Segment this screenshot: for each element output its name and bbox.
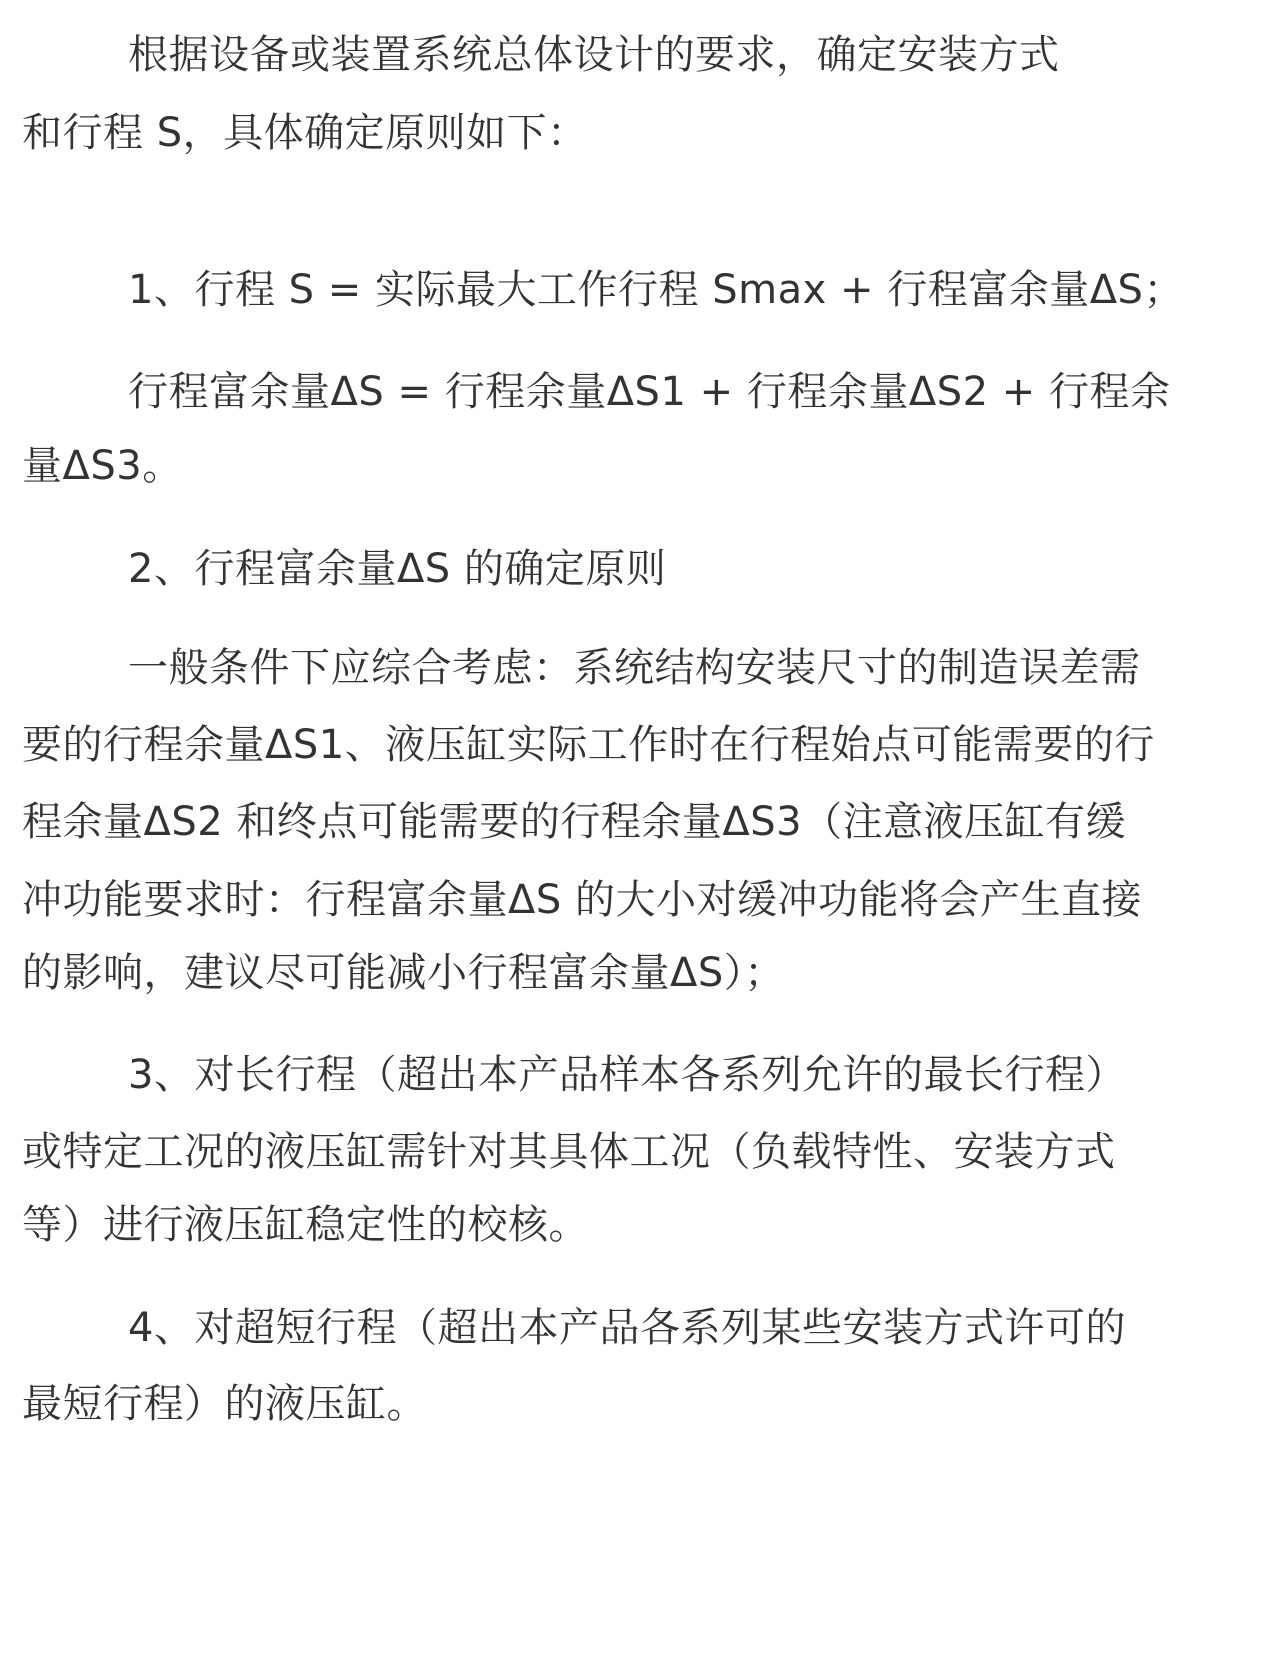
rule-2-detail-line-3: 程余量ΔS2 和终点可能需要的行程余量ΔS3（注意液压缸有缓 (22, 798, 1126, 846)
rule-1-line: 1、行程 S = 实际最大工作行程 Smax + 行程富余量ΔS； (128, 266, 1184, 314)
rule-3-line-3: 等）进行液压缸稳定性的校核。 (22, 1201, 589, 1249)
rule-1-formula-line-1: 行程富余量ΔS = 行程余量ΔS1 + 行程余量ΔS2 + 行程余 (128, 368, 1171, 416)
rule-2-detail-line-4: 冲功能要求时：行程富余量ΔS 的大小对缓冲功能将会产生直接 (22, 876, 1142, 924)
rule-2-detail-line-2: 要的行程余量ΔS1、液压缸实际工作时在行程始点可能需要的行 (22, 721, 1155, 769)
rule-4-line-2: 最短行程）的液压缸。 (22, 1380, 427, 1428)
rule-2-heading: 2、行程富余量ΔS 的确定原则 (128, 545, 666, 593)
rule-2-detail-line-5: 的影响，建议尽可能减小行程富余量ΔS）； (22, 949, 785, 997)
rule-3-line-2: 或特定工况的液压缸需针对其具体工况（负载特性、安装方式 (22, 1128, 1116, 1176)
rule-2-detail-line-1: 一般条件下应综合考虑：系统结构安装尺寸的制造误差需 (128, 644, 1141, 692)
rule-3-line-1: 3、对长行程（超出本产品样本各系列允许的最长行程） (128, 1051, 1126, 1099)
rule-1-formula-line-2: 量ΔS3。 (22, 442, 183, 490)
paragraph-intro-line-2: 和行程 S，具体确定原则如下： (22, 109, 588, 157)
rule-4-line-1: 4、对超短行程（超出本产品各系列某些安装方式许可的 (128, 1304, 1126, 1352)
paragraph-intro-line-1: 根据设备或装置系统总体设计的要求，确定安装方式 (128, 31, 1264, 79)
